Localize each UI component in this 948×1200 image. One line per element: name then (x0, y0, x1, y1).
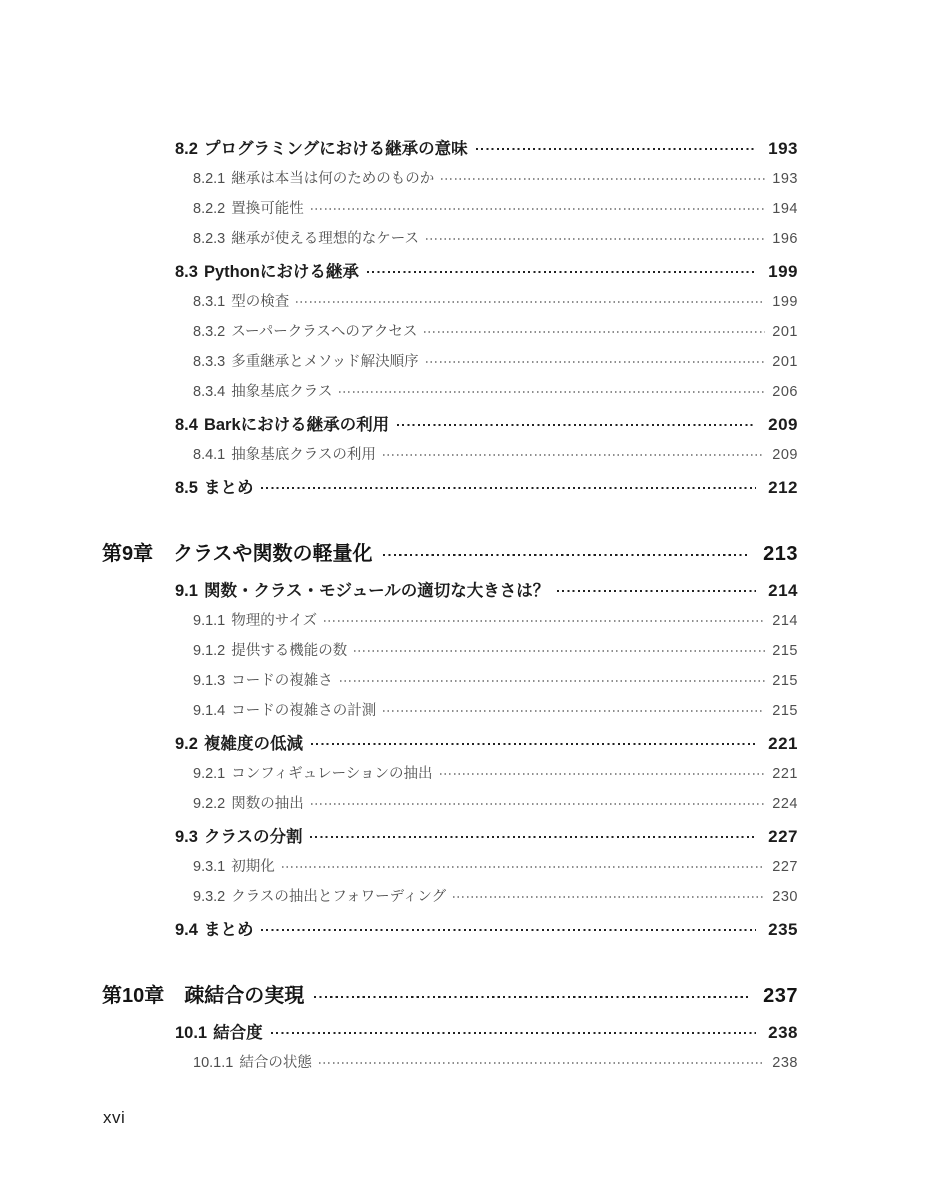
toc-entry: 8.3.2スーパークラスへのアクセス201 (102, 317, 798, 347)
toc-list: 8.2プログラミングにおける継承の意味1938.2.1継承は本当は何のためのもの… (102, 131, 798, 1078)
toc-entry: 8.3Pythonにおける継承199 (102, 257, 798, 287)
toc-entry-page: 193 (768, 134, 798, 164)
toc-entry-title: 結合度 (213, 1018, 263, 1048)
toc-entry-page: 230 (772, 882, 798, 912)
toc-entry-number: 8.2.1 (193, 164, 225, 194)
toc-entry-number: 9.3.2 (193, 882, 225, 912)
toc-entry: 8.4.1抽象基底クラスの利用209 (102, 440, 798, 470)
toc-entry: 第10章疎結合の実現237 (102, 978, 798, 1015)
toc-entry: 8.5まとめ212 (102, 473, 798, 503)
dot-leader (340, 680, 766, 682)
toc-entry-page: 227 (772, 852, 798, 882)
toc-entry-title: 提供する機能の数 (231, 636, 347, 666)
toc-entry-title: 置換可能性 (231, 194, 304, 224)
dot-leader (453, 896, 765, 898)
toc-entry-number: 第10章 (102, 978, 164, 1015)
toc-entry-title: 多重継承とメソッド解決順序 (231, 347, 418, 377)
dot-leader (339, 391, 765, 393)
toc-entry-title: コードの複雑さ (231, 666, 333, 696)
dot-leader (311, 208, 766, 210)
toc-entry-title: コンフィギュレーションの抽出 (231, 759, 432, 789)
toc-entry-title: 継承が使える理想的なケース (231, 224, 419, 254)
toc-entry-number: 9.2.2 (193, 789, 225, 819)
toc-entry-page: 221 (768, 729, 798, 759)
toc-entry-number: 9.1.1 (193, 606, 225, 636)
toc-entry-title: スーパークラスへのアクセス (231, 317, 417, 347)
toc-entry: 8.3.4抽象基底クラス206 (102, 377, 798, 407)
toc-entry: 9.4まとめ235 (102, 915, 798, 945)
toc-entry: 10.1.1結合の状態238 (102, 1048, 798, 1078)
toc-entry-title: 初期化 (231, 852, 275, 882)
dot-leader (383, 454, 765, 456)
toc-entry-number: 8.4 (175, 410, 198, 440)
toc-entry-title: プログラミングにおける継承の意味 (204, 134, 468, 164)
toc-entry: 9.2.1コンフィギュレーションの抽出221 (102, 759, 798, 789)
footer-page-number: xvi (103, 1108, 125, 1128)
toc-entry-title: 疎結合の実現 (184, 978, 304, 1015)
toc-entry-number: 9.3.1 (193, 852, 225, 882)
toc-entry: 8.2プログラミングにおける継承の意味193 (102, 134, 798, 164)
toc-entry-page: 201 (772, 347, 798, 377)
toc-entry-title: 関数の抽出 (231, 789, 304, 819)
toc-entry: 9.1.3コードの複雑さ215 (102, 666, 798, 696)
toc-entry-page: 214 (772, 606, 798, 636)
dot-leader (367, 271, 756, 273)
toc-entry: 9.3クラスの分割227 (102, 822, 798, 852)
toc-entry-title: クラスの分割 (204, 822, 303, 852)
toc-entry-number: 9.1 (175, 576, 198, 606)
toc-entry: 8.2.2置換可能性194 (102, 194, 798, 224)
toc-entry-number: 9.4 (175, 915, 198, 945)
dot-leader (324, 620, 765, 622)
toc-entry-title: まとめ (204, 915, 254, 945)
dot-leader (271, 1032, 757, 1034)
toc-entry-number: 8.4.1 (193, 440, 225, 470)
toc-entry-number: 9.2.1 (193, 759, 225, 789)
dot-leader (261, 929, 756, 931)
toc-entry-page: 215 (772, 666, 798, 696)
toc-entry: 9.1.1物理的サイズ214 (102, 606, 798, 636)
toc-entry-title: Barkにおける継承の利用 (204, 410, 389, 440)
dot-leader (397, 424, 756, 426)
toc-entry-number: 10.1 (175, 1018, 207, 1048)
toc-entry-number: 8.5 (175, 473, 198, 503)
toc-entry-page: 196 (772, 224, 798, 254)
dot-leader (319, 1062, 765, 1064)
toc-entry-page: 199 (772, 287, 798, 317)
dot-leader (296, 301, 765, 303)
toc-entry: 8.2.1継承は本当は何のためのものか193 (102, 164, 798, 194)
toc-entry-page: 215 (772, 696, 798, 726)
toc-entry-number: 8.2.3 (193, 224, 225, 254)
toc-entry-number: 9.1.4 (193, 696, 225, 726)
toc-entry-number: 8.3.4 (193, 377, 225, 407)
dot-leader (426, 361, 766, 363)
toc-entry-number: 8.3.2 (193, 317, 225, 347)
dot-leader (440, 773, 766, 775)
toc-entry-page: 238 (768, 1018, 798, 1048)
toc-entry-number: 9.1.3 (193, 666, 225, 696)
toc-entry-number: 10.1.1 (193, 1048, 233, 1078)
toc-entry-page: 194 (772, 194, 798, 224)
toc-page: 8.2プログラミングにおける継承の意味1938.2.1継承は本当は何のためのもの… (0, 0, 948, 1200)
dot-leader (476, 148, 757, 150)
toc-entry-page: 201 (772, 317, 798, 347)
toc-entry: 9.3.1初期化227 (102, 852, 798, 882)
toc-entry-number: 8.3.1 (193, 287, 225, 317)
toc-entry-number: 8.2.2 (193, 194, 225, 224)
toc-entry: 8.3.1型の検査199 (102, 287, 798, 317)
toc-entry-page: 227 (768, 822, 798, 852)
toc-entry: 9.3.2クラスの抽出とフォワーディング230 (102, 882, 798, 912)
dot-leader (426, 238, 765, 240)
dot-leader (282, 866, 766, 868)
toc-entry-title: 結合の状態 (239, 1048, 312, 1078)
toc-entry-number: 8.3.3 (193, 347, 225, 377)
toc-entry-page: 224 (772, 789, 798, 819)
dot-leader (383, 554, 750, 556)
dot-leader (424, 331, 765, 333)
toc-entry-number: 9.1.2 (193, 636, 225, 666)
toc-entry: 9.2複雑度の低減221 (102, 729, 798, 759)
toc-entry: 9.1関数・クラス・モジュールの適切な大きさは？214 (102, 576, 798, 606)
dot-leader (383, 710, 765, 712)
toc-entry-page: 209 (772, 440, 798, 470)
dot-leader (311, 803, 766, 805)
toc-entry: 10.1結合度238 (102, 1018, 798, 1048)
toc-entry-number: 9.2 (175, 729, 198, 759)
toc-entry-page: 235 (768, 915, 798, 945)
toc-entry-title: 抽象基底クラス (231, 377, 332, 407)
toc-entry-title: クラスや関数の軽量化 (173, 536, 372, 573)
toc-entry-page: 214 (768, 576, 798, 606)
toc-entry-title: 関数・クラス・モジュールの適切な大きさは？ (204, 576, 549, 606)
toc-entry-number: 第9章 (102, 536, 153, 573)
toc-entry-page: 237 (763, 978, 798, 1015)
toc-entry-page: 221 (772, 759, 798, 789)
toc-entry-page: 206 (772, 377, 798, 407)
toc-entry-title: 複雑度の低減 (204, 729, 303, 759)
toc-entry: 9.1.4コードの複雑さの計測215 (102, 696, 798, 726)
toc-entry-page: 213 (763, 536, 798, 573)
toc-entry-number: 8.3 (175, 257, 198, 287)
dot-leader (261, 487, 756, 489)
toc-entry-title: クラスの抽出とフォワーディング (231, 882, 446, 912)
toc-entry-title: 抽象基底クラスの利用 (231, 440, 376, 470)
dot-leader (441, 178, 765, 180)
toc-entry-page: 212 (768, 473, 798, 503)
toc-entry-page: 209 (768, 410, 798, 440)
dot-leader (354, 650, 765, 652)
toc-entry: 8.4Barkにおける継承の利用209 (102, 410, 798, 440)
toc-entry: 8.2.3継承が使える理想的なケース196 (102, 224, 798, 254)
dot-leader (310, 836, 756, 838)
toc-entry-number: 8.2 (175, 134, 198, 164)
toc-entry-title: 継承は本当は何のためのものか (231, 164, 434, 194)
dot-leader (314, 996, 749, 998)
toc-entry-page: 199 (768, 257, 798, 287)
toc-entry-title: 型の検査 (231, 287, 289, 317)
dot-leader (557, 590, 756, 592)
toc-entry-title: Pythonにおける継承 (204, 257, 359, 287)
toc-entry-title: コードの複雑さの計測 (231, 696, 376, 726)
dot-leader (311, 743, 756, 745)
toc-entry-title: 物理的サイズ (231, 606, 317, 636)
toc-entry-page: 215 (772, 636, 798, 666)
toc-entry-title: まとめ (204, 473, 254, 503)
toc-entry: 第9章クラスや関数の軽量化213 (102, 536, 798, 573)
toc-entry-page: 193 (772, 164, 798, 194)
toc-entry: 9.1.2提供する機能の数215 (102, 636, 798, 666)
toc-entry: 9.2.2関数の抽出224 (102, 789, 798, 819)
toc-entry-page: 238 (772, 1048, 798, 1078)
toc-entry-number: 9.3 (175, 822, 198, 852)
toc-entry: 8.3.3多重継承とメソッド解決順序201 (102, 347, 798, 377)
